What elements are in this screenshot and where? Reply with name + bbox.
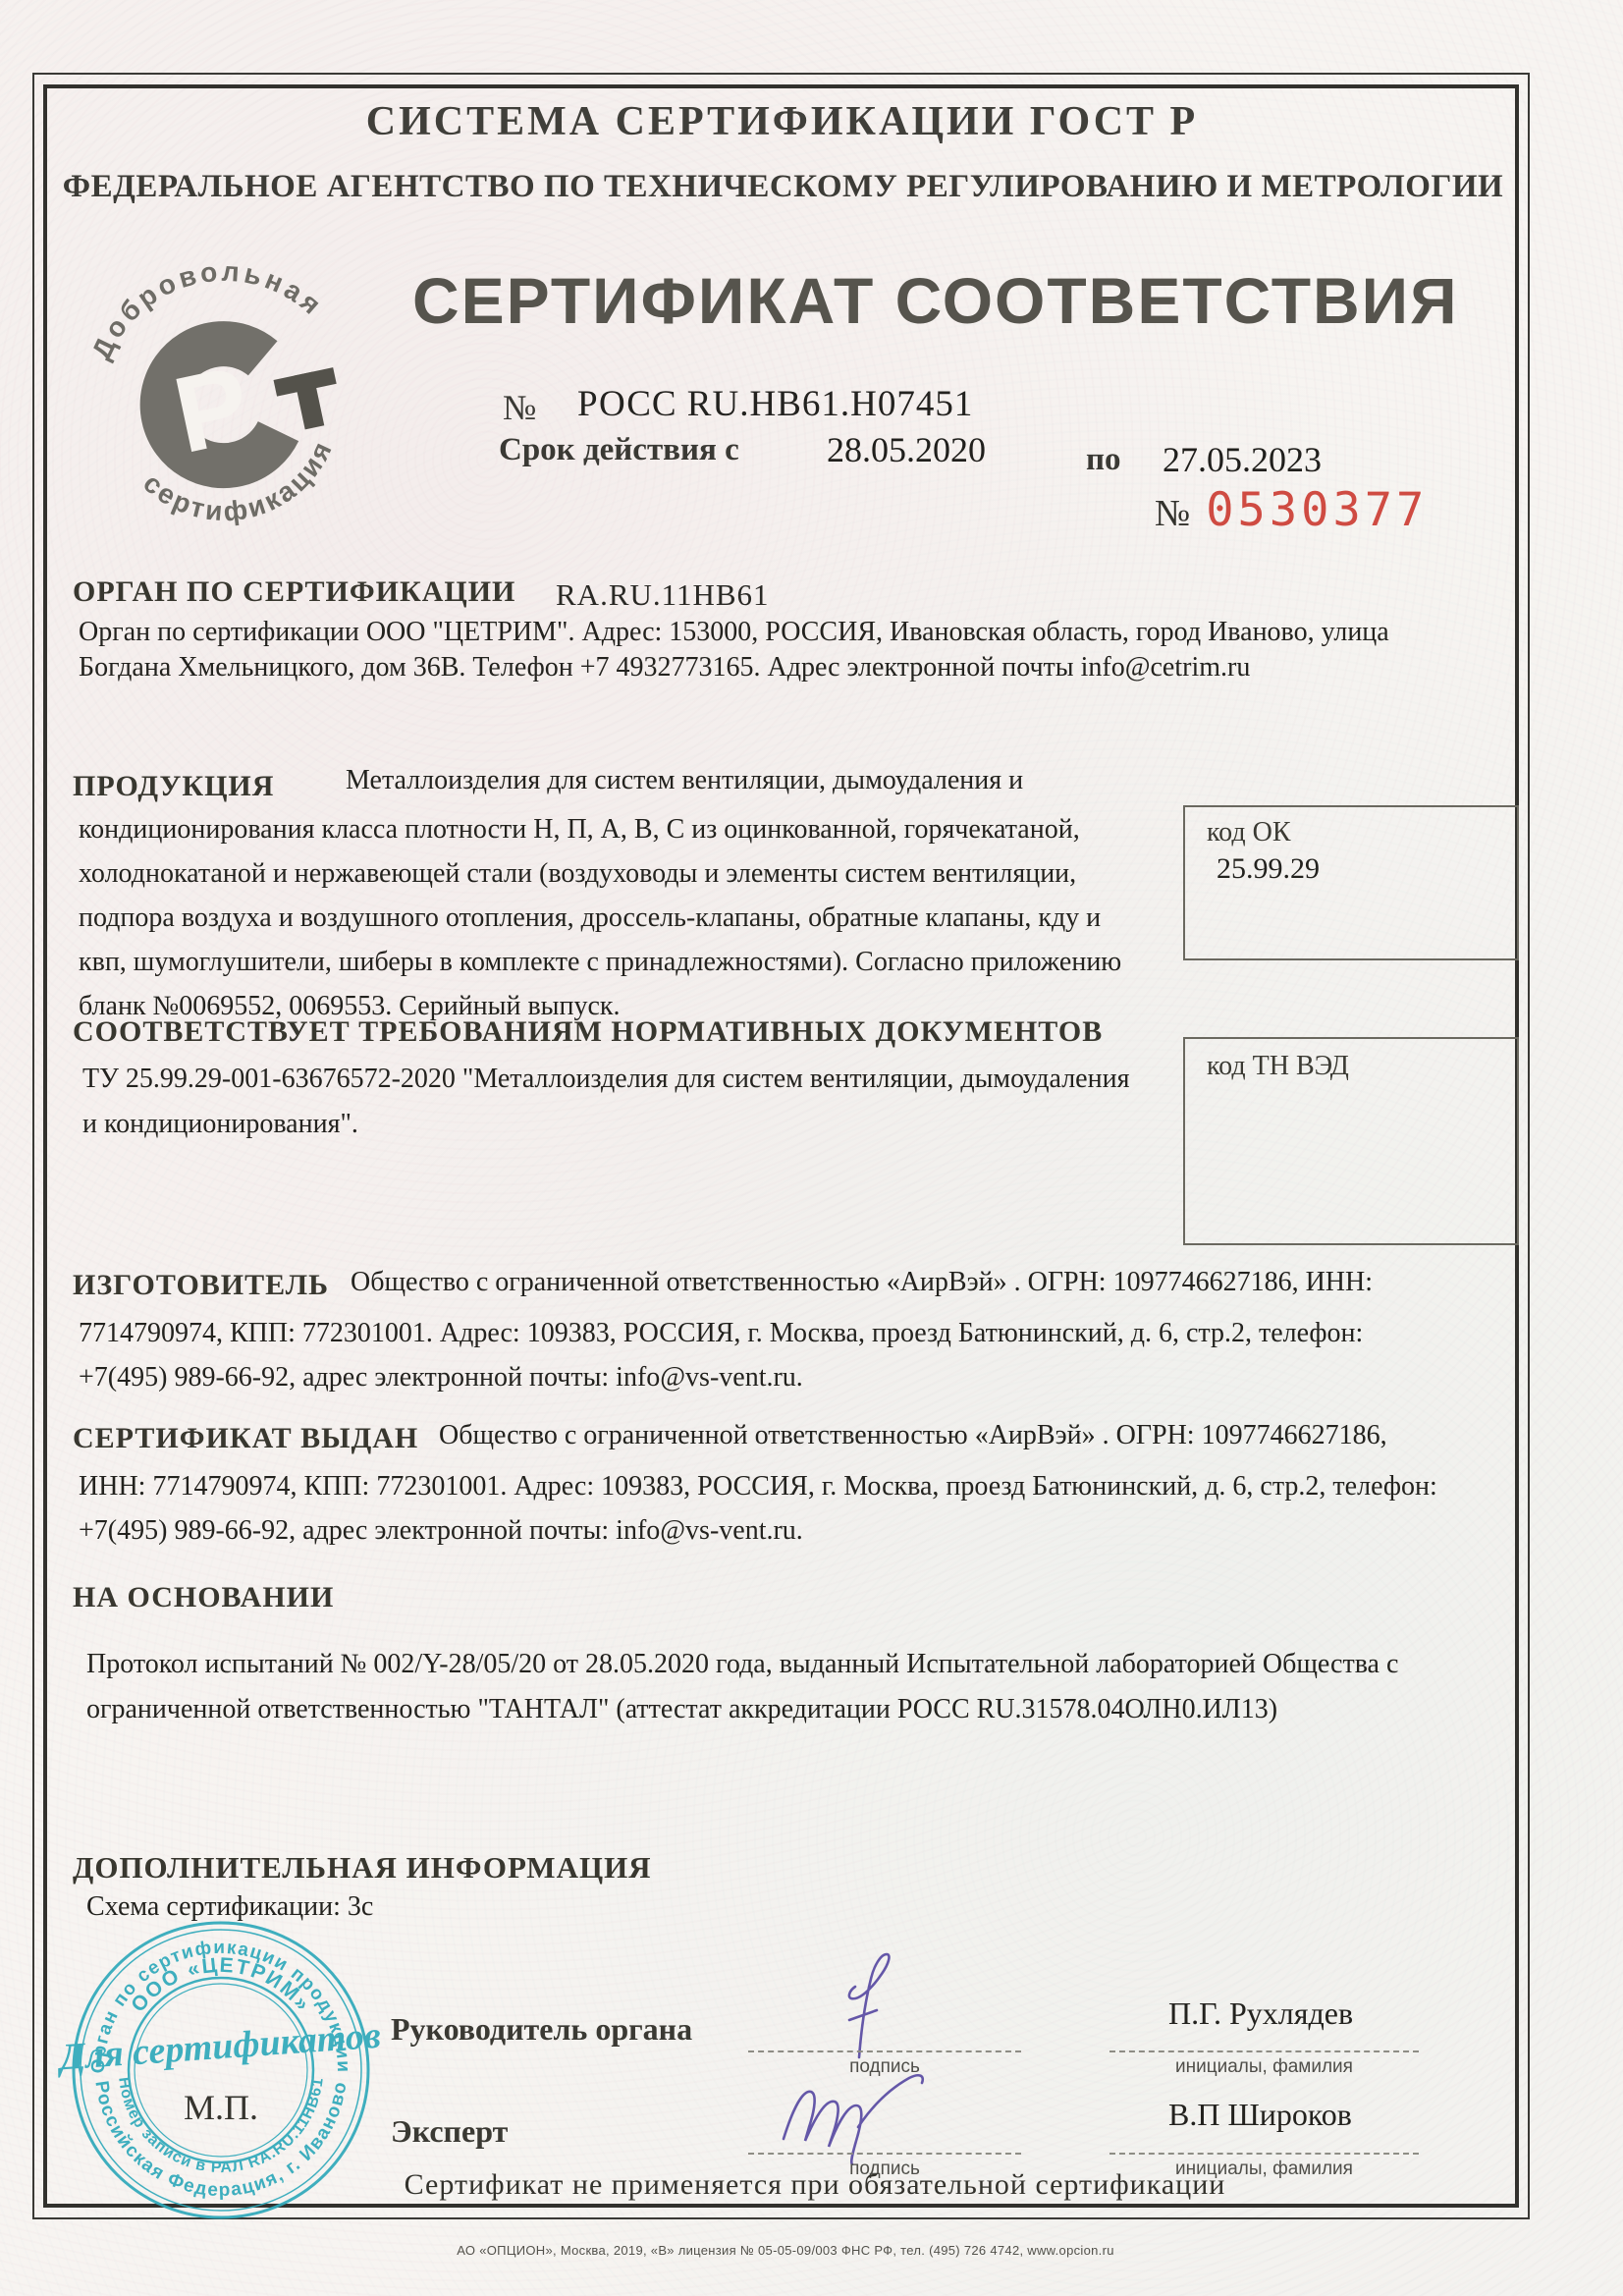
validity-to-date: 27.05.2023	[1163, 439, 1322, 480]
issued-to-text-first-line: Общество с ограниченной ответственностью…	[439, 1420, 1387, 1451]
text-line: 7714790974, КПП: 772301001. Адрес: 10938…	[79, 1311, 1363, 1355]
signature-line	[748, 2153, 1021, 2155]
validity-label: Срок действия с	[499, 432, 739, 468]
section-product-heading: ПРОДУКЦИЯ	[73, 770, 274, 803]
stamp-mp-text: М.П.	[184, 2088, 258, 2127]
product-text: кондиционирования класса плотности Н, П,…	[79, 807, 1121, 1028]
ok-code-box: код ОК 25.99.29	[1183, 805, 1519, 960]
section-manufacturer-heading: ИЗГОТОВИТЕЛЬ	[73, 1269, 329, 1302]
text-line: кондиционирования класса плотности Н, П,…	[79, 807, 1121, 851]
certificate-title: СЕРТИФИКАТ СООТВЕТСТВИЯ	[412, 263, 1459, 338]
issued-to-text: ИНН: 7714790974, КПП: 772301001. Адрес: …	[79, 1464, 1437, 1553]
text-line: +7(495) 989-66-92, адрес электронной поч…	[79, 1355, 1363, 1399]
section-issued-to-heading: СЕРТИФИКАТ ВЫДАН	[73, 1422, 418, 1455]
section-additional-info-heading: ДОПОЛНИТЕЛЬНАЯ ИНФОРМАЦИЯ	[73, 1850, 652, 1886]
section-basis-heading: НА ОСНОВАНИИ	[73, 1581, 334, 1614]
blank-serial-label: №	[1155, 492, 1190, 535]
signature-expert-scribble	[776, 2062, 952, 2165]
reg-number-value: РОСС RU.НВ61.Н07451	[577, 383, 973, 425]
signature-line	[748, 2050, 1021, 2052]
certification-body-text: Орган по сертификации ООО "ЦЕТРИМ". Адре…	[79, 615, 1389, 685]
name-caption: инициалы, фамилия	[1109, 2056, 1419, 2078]
tnved-code-box: код ТН ВЭД	[1183, 1037, 1519, 1245]
system-header-line1: СИСТЕМА СЕРТИФИКАЦИИ ГОСТ Р	[59, 98, 1505, 145]
signature-role-expert: Эксперт	[391, 2113, 508, 2150]
text-line: +7(495) 989-66-92, адрес электронной поч…	[79, 1508, 1437, 1553]
text-line: квп, шумоглушители, шиберы в комплекте с…	[79, 940, 1121, 984]
reg-number-label: №	[503, 387, 536, 428]
text-line: Протокол испытаний № 002/Y-28/05/20 от 2…	[86, 1642, 1398, 1687]
text-line: ИНН: 7714790974, КПП: 772301001. Адрес: …	[79, 1464, 1437, 1508]
blank-serial-number: № 0530377	[1155, 483, 1428, 537]
ok-code-value: 25.99.29	[1217, 852, 1517, 886]
section-compliance-heading: СООТВЕТСТВУЕТ ТРЕБОВАНИЯМ НОРМАТИВНЫХ ДО…	[73, 1015, 1103, 1049]
text-line: ограниченной ответственностью "ТАНТАЛ" (…	[86, 1687, 1398, 1732]
validity-to-label: по	[1086, 442, 1121, 478]
signature-name-head: П.Г. Рухлядев	[1168, 1995, 1353, 2032]
signature-head-scribble	[820, 1949, 908, 2062]
basis-text: Протокол испытаний № 002/Y-28/05/20 от 2…	[86, 1642, 1398, 1732]
manufacturer-text-first-line: Общество с ограниченной ответственностью…	[351, 1267, 1373, 1298]
text-line: Орган по сертификации ООО "ЦЕТРИМ". Адре…	[79, 615, 1389, 650]
signature-name-expert: В.П Широков	[1168, 2097, 1352, 2133]
footer-note: Сертификат не применяется при обязательн…	[245, 2168, 1384, 2202]
certification-body-code: RA.RU.11НВ61	[556, 577, 770, 613]
section-certification-body-heading: ОРГАН ПО СЕРТИФИКАЦИИ	[73, 575, 515, 609]
text-line: холоднокатаной и нержавеющей стали (возд…	[79, 851, 1121, 896]
tnved-code-label: код ТН ВЭД	[1207, 1051, 1517, 1082]
text-line: подпора воздуха и воздушного отопления, …	[79, 896, 1121, 940]
manufacturer-text: 7714790974, КПП: 772301001. Адрес: 10938…	[79, 1311, 1363, 1399]
validity-from-date: 28.05.2020	[827, 429, 986, 470]
compliance-text: ТУ 25.99.29-001-63676572-2020 "Металлоиз…	[82, 1057, 1129, 1147]
printing-house-fine-print: АО «ОПЦИОН», Москва, 2019, «В» лицензия …	[373, 2243, 1198, 2258]
signature-role-head: Руководитель органа	[391, 2011, 692, 2048]
name-line	[1109, 2153, 1419, 2155]
certificate-page: СИСТЕМА СЕРТИФИКАЦИИ ГОСТ Р ФЕДЕРАЛЬНОЕ …	[0, 0, 1623, 2296]
text-line: ТУ 25.99.29-001-63676572-2020 "Металлоиз…	[82, 1057, 1129, 1102]
ok-code-label: код ОК	[1207, 817, 1517, 848]
product-text-first-line: Металлоизделия для систем вентиляции, ды…	[346, 765, 1023, 796]
text-line: и кондиционирования".	[82, 1102, 1129, 1147]
blank-serial-value: 0530377	[1206, 483, 1428, 537]
name-line	[1109, 2050, 1419, 2052]
text-line: Богдана Хмельницкого, дом 36В. Телефон +…	[79, 650, 1389, 685]
system-header-line2: ФЕДЕРАЛЬНОЕ АГЕНТСТВО ПО ТЕХНИЧЕСКОМУ РЕ…	[53, 169, 1513, 205]
